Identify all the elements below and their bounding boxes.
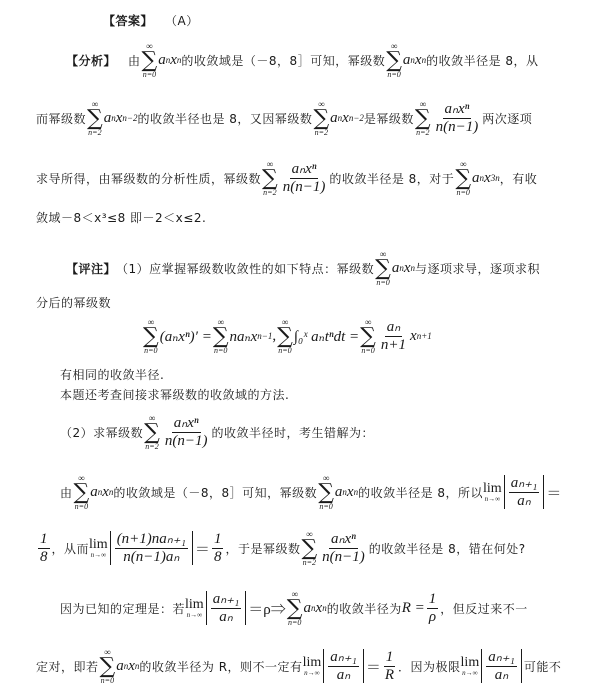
sum-symbol: ∞∑n=0: [386, 42, 402, 79]
sum-symbol: ∞∑n=2: [262, 160, 278, 197]
sum-symbol: ∞∑n=2: [313, 100, 329, 137]
fraction: aₙxⁿn(n−1): [434, 101, 481, 135]
comment-line-5: （2）求幂级数 ∞∑n=2 aₙxⁿn(n−1) 的收敛半径时，考生错解为：: [60, 414, 374, 451]
fraction: aₙxⁿn(n−1): [281, 161, 328, 195]
analysis-line-2: 而幂级数 ∞∑n=2 anxn−2 的收敛半径也是 8，又因幂级数 ∞∑n=2 …: [36, 100, 532, 137]
comment-line-7: 18 ，从而 limn→∞ (n+1)naₙ₊₁n(n−1)aₙ ＝ 18 ，于…: [36, 530, 526, 567]
analysis-line-3: 求导所得，由幂级数的分析性质，幂级数 ∞∑n=2 aₙxⁿn(n−1) 的收敛半…: [36, 160, 537, 197]
comment-line-6: 由 ∞∑n=0 anxn 的收敛域是（－8，8］可知，幂级数 ∞∑n=0 anx…: [60, 474, 561, 511]
comment-line-8: 因为已知的定理是：若 limn→∞ aₙ₊₁aₙ ＝ρ⇒ ∞∑n=0 anxn …: [60, 590, 528, 627]
analysis-line-4: 敛域－8＜x³≤8 即－2＜x≤2.: [36, 209, 206, 226]
sum-symbol: ∞∑n=2: [87, 100, 103, 137]
comment-line-1: 【评注】 （1）应掌握幂级数收敛性的如下特点：幂级数 ∞∑n=0 anxn 与逐…: [66, 250, 540, 287]
display-formula: ∞∑n=0 (aₙxⁿ)′ = ∞∑n=0 naₙxn−1, ∞∑n=0 ∫₀ˣ…: [142, 318, 432, 355]
answer-line: 【答案】 （A）: [103, 12, 199, 29]
answer-label: 【答案】: [103, 12, 153, 29]
comment-line-4: 本题还考查间接求幂级数的收敛域的方法.: [60, 386, 289, 403]
analysis-line-1: 【分析】 由 ∞∑n=0 anxn 的收敛域是（－8，8］可知，幂级数 ∞∑n=…: [66, 42, 539, 79]
comment-line-9: 定对，即若 ∞∑n=0 anxn 的收敛半径为 R，则不一定有 limn→∞ a…: [36, 648, 561, 685]
sum-symbol: ∞∑n=0: [455, 160, 471, 197]
answer-value: （A）: [165, 12, 199, 29]
sum-symbol: ∞∑n=0: [142, 42, 158, 79]
comment-line-3: 有相同的收敛半径.: [60, 366, 164, 383]
sum-symbol: ∞∑n=2: [415, 100, 431, 137]
comment-label: 【评注】: [66, 260, 116, 277]
comment-line-2: 分后的幂级数: [36, 294, 111, 311]
analysis-label: 【分析】: [66, 52, 116, 69]
sum-symbol: ∞∑n=0: [375, 250, 391, 287]
